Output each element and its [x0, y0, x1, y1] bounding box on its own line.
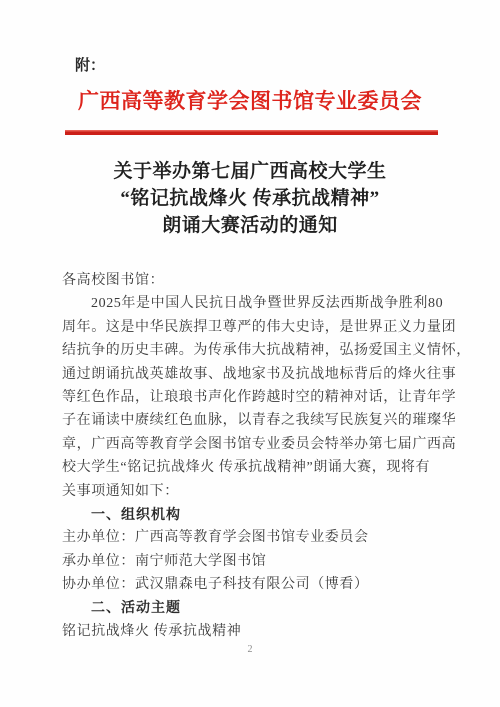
document-title-line-1: 关于举办第七届广西高校大学生	[0, 158, 500, 185]
body-line: 关事项通知如下：	[62, 480, 450, 503]
document-title-line-3: 朗诵大赛活动的通知	[0, 212, 500, 239]
salutation: 各高校图书馆：	[62, 269, 450, 292]
organizer-undertaker: 承办单位：南宁师范大学图书馆	[62, 550, 450, 573]
body-line: 子在诵读中赓续红色血脉，以青春之我续写民族复兴的璀璨华	[62, 409, 450, 432]
section-heading-theme: 二、活动主题	[62, 596, 450, 619]
body-line: 章，广西高等教育学会图书馆专业委员会特举办第七届广西高	[62, 433, 450, 456]
body-line: 结抗争的历史丰碑。为传承伟大抗战精神，弘扬爱国主义情怀，	[62, 339, 450, 362]
red-divider-rule	[65, 130, 438, 135]
document-page: 附： 广西高等教育学会图书馆专业委员会 关于举办第七届广西高校大学生 “铭记抗战…	[0, 0, 500, 707]
section-heading-organization: 一、组织机构	[62, 503, 450, 526]
organization-title: 广西高等教育学会图书馆专业委员会	[0, 88, 500, 114]
organizer-host: 主办单位：广西高等教育学会图书馆专业委员会	[62, 526, 450, 549]
activity-theme: 铭记抗战烽火 传承抗战精神	[62, 620, 450, 643]
document-title: 关于举办第七届广西高校大学生 “铭记抗战烽火 传承抗战精神” 朗诵大赛活动的通知	[0, 158, 500, 239]
document-body: 各高校图书馆： 2025年是中国人民抗日战争暨世界反法西斯战争胜利80 周年。这…	[62, 269, 450, 643]
page-number: 2	[0, 644, 500, 655]
body-line: 周年。这是中华民族捍卫尊严的伟大史诗，是世界正义力量团	[62, 316, 450, 339]
body-line: 2025年是中国人民抗日战争暨世界反法西斯战争胜利80	[62, 292, 450, 315]
attachment-label: 附：	[75, 57, 500, 75]
organizer-coorganizer: 协办单位：武汉鼎森电子科技有限公司（博看）	[62, 573, 450, 596]
body-line: 等红色作品，让琅琅书声化作跨越时空的精神对话，让青年学	[62, 386, 450, 409]
body-line: 校大学生“铭记抗战烽火 传承抗战精神”朗诵大赛，现将有	[62, 456, 450, 479]
body-line: 通过朗诵抗战英雄故事、战地家书及抗战地标背后的烽火往事	[62, 363, 450, 386]
document-title-line-2: “铭记抗战烽火 传承抗战精神”	[0, 185, 500, 212]
